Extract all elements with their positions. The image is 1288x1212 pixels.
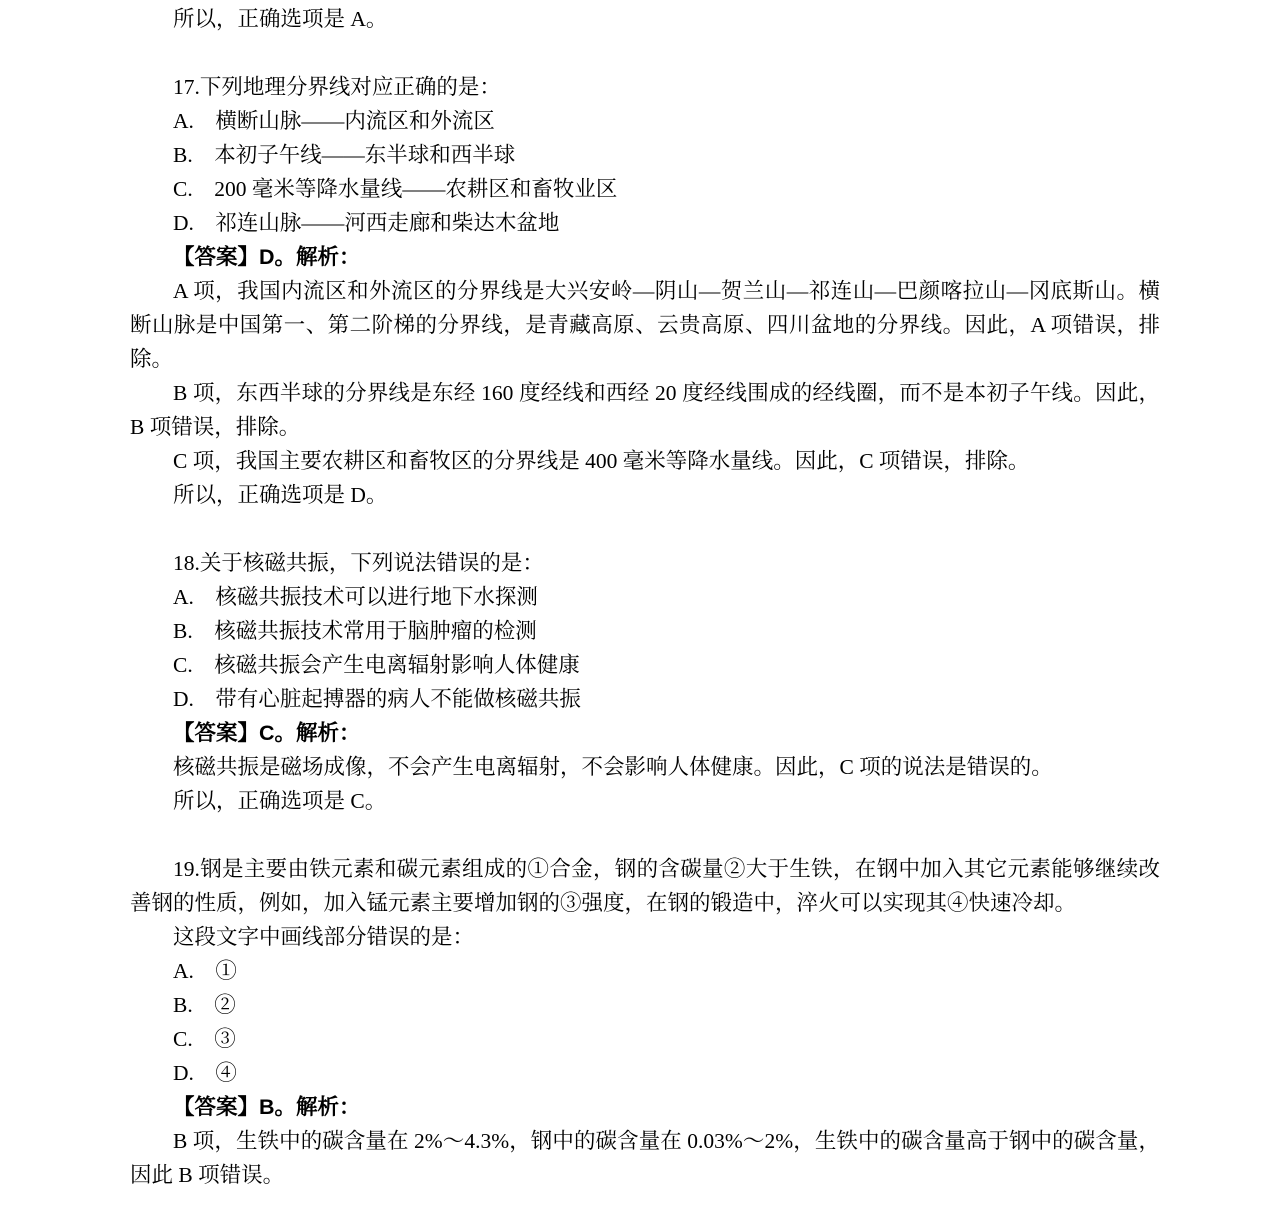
question-18-option-b: B. 核磁共振技术常用于脑肿瘤的检测	[130, 614, 1160, 648]
question-18-option-d: D. 带有心脏起搏器的病人不能做核磁共振	[130, 682, 1160, 716]
blank-line	[130, 512, 1160, 546]
question-17-explanation-b: B 项，东西半球的分界线是东经 160 度经线和西经 20 度经线围成的经线圈，…	[130, 376, 1160, 444]
question-17-explanation-c: C 项，我国主要农耕区和畜牧区的分界线是 400 毫米等降水量线。因此，C 项错…	[130, 444, 1160, 478]
prev-question-conclusion: 所以，正确选项是 A。	[130, 2, 1160, 36]
question-17-option-d: D. 祁连山脉——河西走廊和柴达木盆地	[130, 206, 1160, 240]
question-17-explanation-a: A 项，我国内流区和外流区的分界线是大兴安岭—阴山—贺兰山—祁连山—巴颜喀拉山—…	[130, 274, 1160, 376]
question-17-option-c: C. 200 毫米等降水量线——农耕区和畜牧业区	[130, 172, 1160, 206]
question-18-answer-line: 【答案】C。解析：	[130, 716, 1160, 750]
question-18-option-c: C. 核磁共振会产生电离辐射影响人体健康	[130, 648, 1160, 682]
blank-line	[130, 818, 1160, 852]
question-18-option-a: A. 核磁共振技术可以进行地下水探测	[130, 580, 1160, 614]
question-19-option-d: D. ④	[130, 1056, 1160, 1090]
question-17-option-b: B. 本初子午线——东半球和西半球	[130, 138, 1160, 172]
question-19-stem: 19.钢是主要由铁元素和碳元素组成的①合金，钢的含碳量②大于生铁，在钢中加入其它…	[130, 852, 1160, 920]
question-17-answer-line: 【答案】D。解析：	[130, 240, 1160, 274]
blank-line	[130, 36, 1160, 70]
question-18-explanation: 核磁共振是磁场成像，不会产生电离辐射，不会影响人体健康。因此，C 项的说法是错误…	[130, 750, 1160, 784]
question-17-stem: 17.下列地理分界线对应正确的是：	[130, 70, 1160, 104]
question-19-explanation: B 项，生铁中的碳含量在 2%～4.3%，钢中的碳含量在 0.03%～2%，生铁…	[130, 1124, 1160, 1192]
question-17-conclusion: 所以，正确选项是 D。	[130, 478, 1160, 512]
document-page: 所以，正确选项是 A。 17.下列地理分界线对应正确的是： A. 横断山脉——内…	[0, 0, 1288, 1212]
question-18-stem: 18.关于核磁共振，下列说法错误的是：	[130, 546, 1160, 580]
question-19-prompt: 这段文字中画线部分错误的是：	[130, 920, 1160, 954]
question-18-conclusion: 所以，正确选项是 C。	[130, 784, 1160, 818]
question-19-answer-line: 【答案】B。解析：	[130, 1090, 1160, 1124]
question-19-option-c: C. ③	[130, 1022, 1160, 1056]
question-19-option-a: A. ①	[130, 954, 1160, 988]
question-17-option-a: A. 横断山脉——内流区和外流区	[130, 104, 1160, 138]
question-19-option-b: B. ②	[130, 988, 1160, 1022]
